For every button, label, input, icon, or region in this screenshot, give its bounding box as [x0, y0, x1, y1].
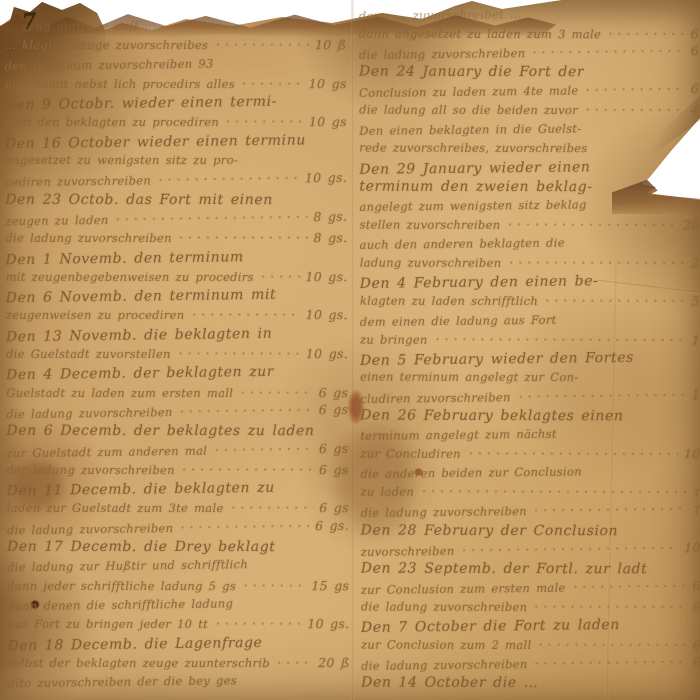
dot-leader: [433, 334, 687, 344]
dot-leader: [530, 46, 685, 57]
manuscript-line: Den 26 February beklagtes einen: [360, 408, 700, 428]
manuscript-line: zur Guelstadt zum anderen mal6 gs: [6, 440, 350, 464]
line-text: zu laden: [360, 485, 414, 499]
manuscript-line: mit zeugenbegebenweisen zu procedirs10 g…: [6, 269, 350, 289]
line-text: die ladung zuvorschreiben: [7, 521, 174, 537]
dot-leader: [460, 543, 680, 555]
line-text: zur Conclusion zum ersten male: [361, 580, 566, 596]
left-column: … zeug auffrage auff …… klagten zeuge zu…: [4, 17, 352, 694]
amount: 10: [684, 447, 700, 462]
manuscript-line: Den 23 Septemb. der Fortl. zur ladt: [361, 560, 700, 580]
line-text: dann … zuvorschreibet …: [359, 7, 522, 23]
dot-leader: [506, 258, 686, 268]
amount: 6: [691, 27, 699, 42]
dot-leader: [176, 349, 301, 358]
manuscript-line: die ladung all so die beiden zuvor4: [359, 102, 699, 122]
amount: 6 gs: [319, 385, 351, 400]
dot-leader: [259, 272, 301, 281]
dot-leader: [505, 220, 678, 230]
line-text: Den 7 October die Fort zu laden: [361, 617, 620, 636]
manuscript-line: Den 16 October wieder einen terminu: [5, 132, 349, 156]
amount: 10 gs.: [306, 308, 350, 323]
manuscript-line: Den 28 February der Conclusion: [361, 522, 700, 542]
line-text: dann angesetzet zu laden zum 3 male: [359, 27, 601, 42]
manuscript-line: klagten zu laden schrifftlich5: [360, 293, 700, 313]
manuscript-line: dann angesetzet zu laden zum 3 male6: [359, 26, 699, 46]
manuscript-scan: { "document": { "kind": "handwritten fee…: [0, 0, 700, 700]
line-text: selbst der beklagten zeuge zuunterschrib: [8, 656, 270, 670]
manuscript-line: Den 4 Decemb. der beklagten zur: [6, 363, 350, 387]
line-text: die ladung zuvorschreiben: [6, 405, 173, 421]
line-text: dann denen die schrifftliche ladung: [7, 596, 233, 613]
manuscript-line: terminum den zweien beklag-: [359, 178, 699, 198]
line-text: angelegt zum wenigsten sitz beklag: [359, 197, 586, 214]
amount: †: [694, 485, 700, 500]
manuscript-line: cediren zuvorschreiben10 gs.: [5, 170, 349, 194]
amount: 20 ß: [318, 655, 351, 670]
line-text: cediren zuvorschreiben: [5, 174, 151, 190]
manuscript-line: cludiren zuvorschreiben1: [360, 387, 700, 410]
dot-leader: [177, 233, 309, 242]
manuscript-line: Den 29 January wieder einen: [359, 158, 699, 181]
line-text: Den 23 Septemb. der Fortl. zur ladt: [361, 560, 648, 577]
amount: 20: [683, 217, 700, 232]
dot-leader: [275, 658, 313, 667]
manuscript-line: selbst der beklagten zeuge zuunterschrib…: [8, 655, 352, 675]
dot-leader: [516, 390, 687, 401]
dot-leader: [213, 619, 302, 628]
line-text: die ladung zuvorschreiben: [361, 599, 527, 613]
line-text: Den 16 October wieder einen terminu: [5, 132, 306, 152]
amount: 10: [684, 540, 700, 555]
amount: 10 gs.: [307, 616, 351, 631]
dot-leader: [466, 449, 679, 459]
line-text: Den 5 February wieder den Fortes: [360, 350, 634, 369]
line-text: terminum angelegt zum nächst: [360, 427, 557, 443]
line-text: und damit nebst lich procedirs alles: [5, 77, 235, 91]
dot-leader: [178, 405, 314, 416]
manuscript-line: die ladung zuvorschreiben8 gs.: [5, 230, 349, 250]
line-text: cludiren zuvorschreiben: [360, 390, 511, 406]
dot-leader: [229, 503, 315, 512]
line-text: Den 24 January die Fort der: [359, 64, 584, 81]
line-text: rede zuvorschreibes, zuvorschreibes: [359, 140, 587, 155]
dot-leader: [224, 117, 304, 126]
center-fold-crease: [351, 0, 354, 700]
amount: 6 gs: [319, 501, 351, 516]
dot-leader: [213, 40, 310, 49]
line-text: der ladung zuvorschreiben: [7, 463, 175, 477]
line-text: Den 23 Octob. das Fort mit einen: [5, 192, 273, 208]
manuscript-line: zur Conclusion zum 2 mall6: [361, 637, 700, 657]
manuscript-line: stellen zuvorschreiben20: [360, 217, 700, 237]
manuscript-line: terminum angelegt zum nächst: [360, 425, 700, 448]
line-text: zur Guelstadt zum anderen mal: [6, 443, 207, 460]
manuscript-line: die ladung zuvorschreiben6 gs.: [7, 517, 351, 541]
dot-leader: [238, 388, 313, 397]
amount: 6: [693, 654, 700, 669]
line-text: Den 17 Decemb. die Drey beklagt: [7, 539, 276, 555]
line-text: Den 13 Novemb. die beklagten in: [6, 326, 273, 345]
line-text: dem einen die ladung aus Fort: [360, 312, 557, 328]
manuscript-line: und damit nebst lich procedirs alles10 g…: [5, 76, 349, 96]
amount: 1: [692, 387, 700, 402]
line-text: terminum den zweien beklag-: [359, 178, 592, 195]
line-text: angesetzet zu wenigsten sitz zu pro-: [5, 153, 238, 167]
manuscript-line: Den 7 October die Fort zu laden: [361, 616, 700, 639]
amount: 10 ß: [315, 37, 348, 52]
line-text: zu bringen: [360, 332, 428, 346]
manuscript-line: dann denen die schrifftliche ladung: [7, 595, 351, 619]
line-text: aus Fort zu bringen jeder 10 tt: [7, 617, 208, 631]
manuscript-line: laden zur Guelstadt zum 3te male6 gs: [7, 500, 351, 520]
amount: 10 gs.: [305, 170, 349, 186]
dot-leader: [156, 174, 300, 185]
line-text: Den 9 Octobr. wieder einen termi-: [5, 94, 277, 114]
manuscript-line: Den 23 Octob. das Fort mit einen: [5, 192, 349, 212]
dot-leader: [419, 487, 689, 497]
amount: 6: [693, 599, 700, 614]
dot-leader: [178, 521, 310, 532]
manuscript-line: Den 14 October die …: [361, 675, 700, 695]
manuscript-line: zu bringen1: [360, 331, 700, 351]
line-text: die ladung zuvorschreiben: [5, 231, 171, 245]
manuscript-line: … klagten zeuge zuvorschreibes10 ß: [4, 37, 348, 57]
manuscript-line: Den 5 February wieder den Fortes: [360, 349, 700, 372]
line-text: klagten zu laden schrifftlich: [360, 294, 538, 308]
line-text: laden zur Guelstadt zum 3te male: [7, 501, 224, 515]
manuscript-line: Den 13 Novemb. die beklagten in: [6, 324, 350, 348]
manuscript-line: Guelstadt zu laden zum ersten mall6 gs: [6, 384, 350, 404]
line-text: zuvorschreiben: [361, 543, 455, 558]
amount: 6: [691, 43, 699, 58]
line-text: Den 14 October die …: [361, 675, 538, 691]
line-text: … klagten zeuge zuvorschreibes: [4, 38, 208, 52]
dot-leader: [212, 444, 314, 455]
dot-leader: [543, 296, 687, 306]
right-column: dann … zuvorschreibet …dann angesetzet z…: [359, 6, 700, 695]
amount: 4: [691, 103, 699, 118]
line-text: zeugen zu laden: [5, 213, 108, 228]
manuscript-line: zeugenweisen zu procediren10 gs.: [6, 307, 350, 327]
dot-leader: [583, 105, 686, 114]
manuscript-line: dito zuvorschreiben der die bey ges: [8, 672, 352, 696]
manuscript-line: der ladung zuvorschreiben6 gs: [7, 462, 351, 482]
line-text: num den beklagten zu procediren: [5, 115, 219, 129]
dot-leader: [113, 212, 308, 224]
line-text: auch den anderen beklagten die: [360, 236, 565, 252]
manuscript-line: aus Fort zu bringen jeder 10 tt10 gs.: [7, 616, 351, 636]
manuscript-line: Den 6 Decemb. der beklagtes zu laden: [6, 423, 350, 443]
manuscript-line: einen terminum angelegt zur Con-: [360, 369, 700, 389]
amount: 6: [693, 638, 700, 653]
manuscript-line: die ladung zuvorschreiben6: [361, 598, 700, 618]
amount: 6 gs.: [315, 517, 351, 532]
dot-leader: [532, 504, 689, 515]
line-text: stellen zuvorschreiben: [360, 218, 501, 232]
line-text: Guelstadt zu laden zum ersten mall: [6, 385, 233, 399]
manuscript-line: rede zuvorschreibes, zuvorschreibes: [359, 140, 699, 160]
dot-leader: [536, 640, 687, 650]
amount: 6: [691, 81, 699, 96]
line-text: zur Concludiren: [360, 447, 461, 461]
dot-leader: [532, 602, 687, 612]
line-text: Den 6 Novemb. den terminum mit: [6, 287, 277, 307]
line-text: die ladung all so die beiden zuvor: [359, 103, 578, 118]
line-text: Den 26 February beklagtes einen: [360, 408, 623, 425]
line-text: die ladung zur Hußtir und schrifftlich: [7, 557, 248, 574]
line-text: einen terminum angelegt zur Con-: [360, 369, 578, 384]
line-text: dann jeder schrifftliche ladung 5 gs: [7, 578, 236, 592]
amount: 5: [692, 294, 700, 309]
amount: 10 gs.: [306, 346, 350, 361]
line-text: die Guelstadt zuvorstellen: [6, 347, 171, 361]
line-text: Den 11 Decemb. die beklagten zu: [7, 480, 275, 500]
line-text: den terminum zuvorschreiben 93: [4, 56, 213, 73]
manuscript-line: Den 18 Decemb. die Lagenfrage: [7, 633, 351, 657]
manuscript-line: Den 1 Novemb. den terminum: [5, 247, 349, 271]
manuscript-line: dem einen die ladung aus Fort: [360, 311, 700, 334]
line-text: zeugenweisen zu procediren: [6, 308, 185, 322]
dot-leader: [571, 581, 688, 592]
manuscript-line: num den beklagten zu procediren10 gs: [5, 114, 349, 134]
amount: 10 gs.: [306, 269, 350, 284]
amount: 6: [692, 578, 700, 593]
amount: 1: [692, 332, 700, 347]
amount: 6 gs: [319, 462, 351, 477]
dot-leader: [240, 79, 304, 88]
manuscript-line: zuvorschreiben10: [361, 540, 700, 563]
manuscript-line: angelegt zum wenigsten sitz beklag: [359, 196, 699, 219]
dot-leader: [583, 84, 685, 94]
manuscript-line: dann … zuvorschreibet …: [359, 5, 699, 28]
line-text: … zeug auffrage auff …: [4, 18, 156, 34]
dot-leader: [189, 310, 300, 319]
line-text: Den 28 February der Conclusion: [361, 522, 619, 539]
manuscript-line: die ladung zuvorschreiben†: [360, 502, 700, 525]
manuscript-line: Den einen beklagten in die Guelst-: [359, 120, 699, 143]
manuscript-line: den terminum zuvorschreiben 93: [4, 54, 348, 78]
amount: 6 gs: [319, 440, 351, 455]
line-text: die ladung zuvorschreiben: [361, 657, 528, 673]
line-text: Den 6 Decemb. der beklagtes zu laden: [6, 423, 314, 439]
line-text: dito zuvorschreiben der die bey ges: [8, 673, 237, 690]
amount: 2: [691, 256, 699, 271]
line-text: Den 18 Decemb. die Lagenfrage: [7, 634, 262, 653]
amount: 6 gs: [319, 402, 351, 417]
line-text: Den 29 January wieder einen: [359, 159, 590, 178]
dot-leader: [532, 657, 687, 668]
amount: †: [694, 502, 700, 517]
amount: 15 gs: [311, 578, 351, 593]
line-text: ladung zuvorschreiben: [360, 256, 502, 270]
line-text: die ladung zuvorschreiben: [360, 504, 527, 520]
amount: 10 gs: [309, 76, 349, 91]
line-text: die ladung zuvorschreiben: [359, 46, 526, 62]
dot-leader: [241, 580, 306, 589]
dot-leader: [606, 29, 686, 38]
line-text: Den einen beklagten in die Guelst-: [359, 121, 581, 138]
manuscript-line: die ladung zur Hußtir und schrifftlich: [7, 556, 351, 580]
amount: 10 gs: [309, 115, 349, 130]
line-text: Conclusion zu laden zum 4te male: [359, 84, 579, 100]
line-text: Den 4 Decemb. der beklagten zur: [6, 364, 274, 384]
amount: 8 gs.: [313, 209, 349, 224]
line-text: die anderen beiden zur Conclusion: [360, 465, 582, 482]
line-text: Den 4 February den einen be-: [360, 274, 599, 293]
line-text: zur Conclusion zum 2 mall: [361, 638, 531, 652]
line-text: mit zeugenbegebenweisen zu procedirs: [6, 270, 254, 284]
manuscript-line: dann jeder schrifftliche ladung 5 gs15 g…: [7, 577, 351, 597]
line-text: Den 1 Novemb. den terminum: [5, 249, 244, 268]
amount: 8 gs.: [314, 230, 350, 245]
manuscript-line: zur Conclusion zum ersten male6: [361, 578, 700, 601]
dot-leader: [180, 465, 314, 474]
